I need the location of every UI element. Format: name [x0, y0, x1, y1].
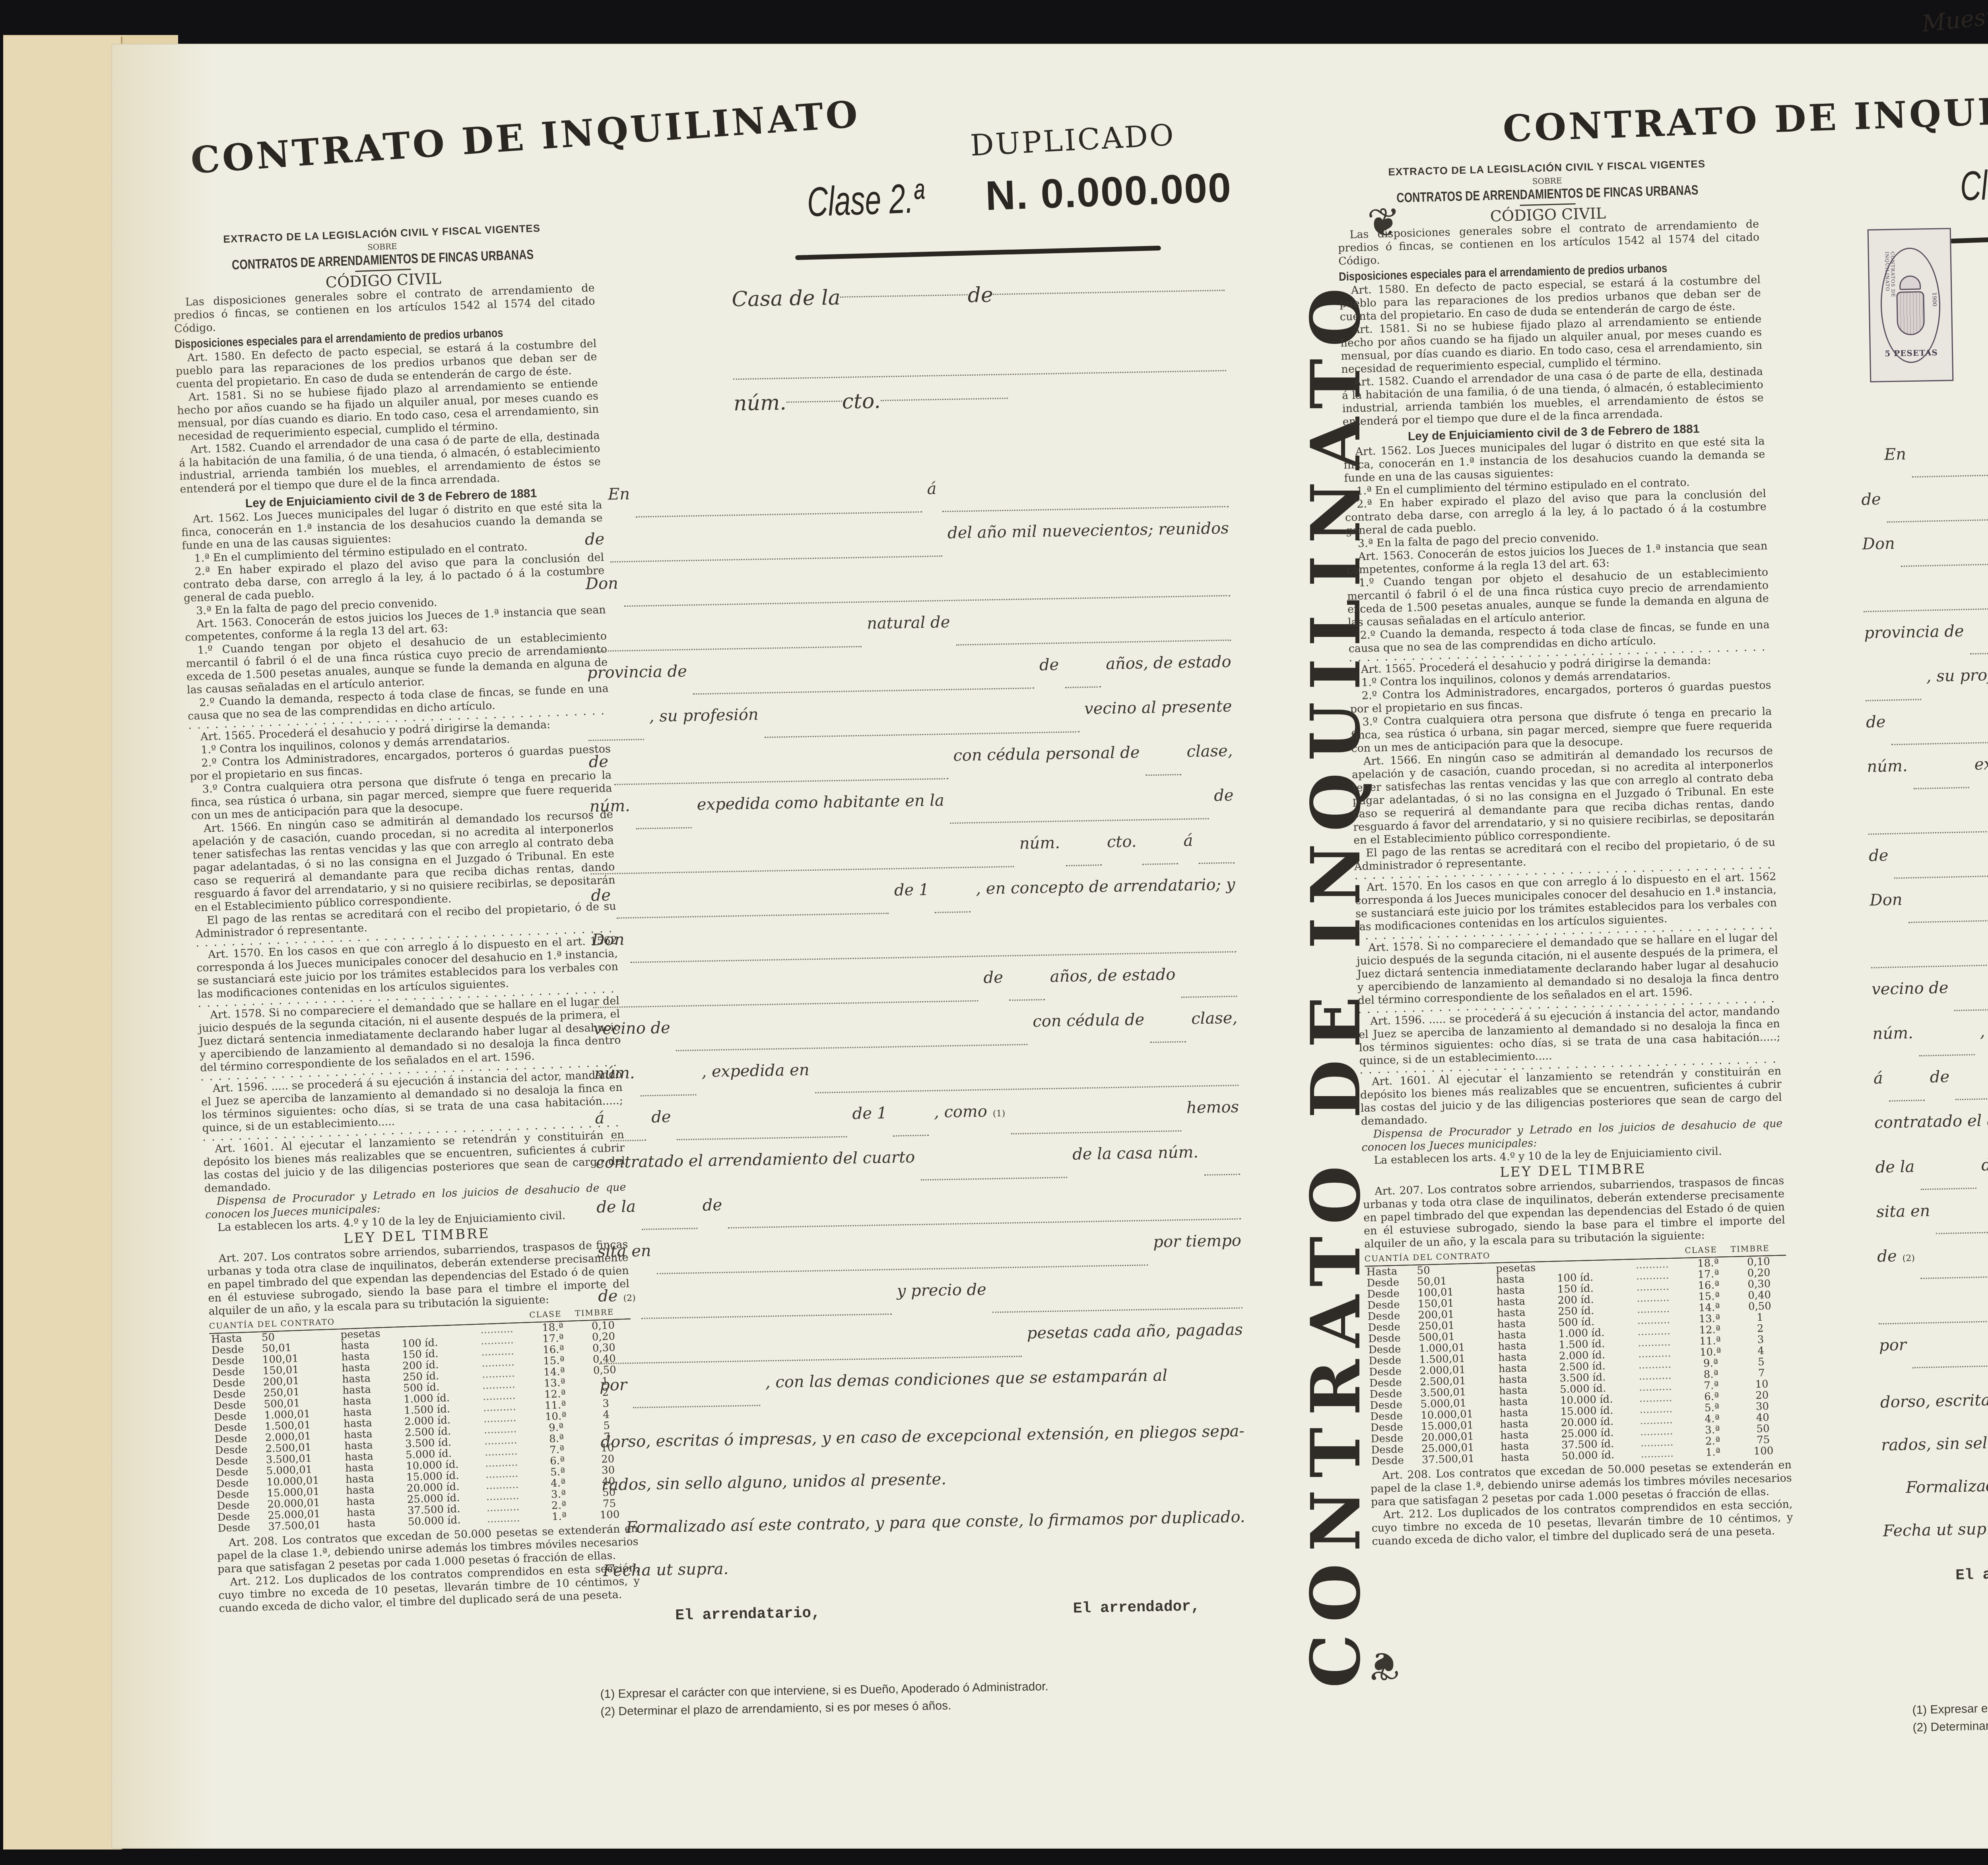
cell-clase: 10.ª — [1687, 1346, 1734, 1358]
tenant-vecino-field[interactable] — [1955, 1001, 1988, 1011]
footnotes: (1) Expresar el carácter con que intervi… — [600, 1678, 1049, 1721]
anos-estado-label: años, de estado — [1050, 965, 1175, 986]
de-label: de — [983, 968, 1003, 987]
clase-serial-original: Clase 2.ª N. 0.000.000 — [1959, 148, 1988, 210]
cell-desde: Hasta — [210, 1332, 260, 1345]
timbre-table-body: Hasta50pesetas..........18.ª0,10Desde50,… — [210, 1319, 638, 1534]
calle-tipo-field[interactable] — [1920, 1188, 1976, 1190]
cell-dots: .......... — [484, 1479, 535, 1491]
place-field[interactable] — [636, 511, 922, 518]
cell-desde: Desde — [213, 1432, 264, 1445]
cell-desde: Desde — [216, 1521, 267, 1534]
form-body: Ená dedel año mil nuevecientos; reunidos… — [1860, 431, 1988, 1586]
cell-clase: 18.ª — [530, 1321, 576, 1334]
cell-clase: 13.ª — [1687, 1313, 1733, 1325]
cell-clase: 12.ª — [532, 1388, 578, 1401]
num-label: núm. — [1019, 834, 1060, 853]
cell-dots: .......... — [480, 1367, 532, 1380]
sita-en-label: sita en — [1876, 1202, 1930, 1221]
cell-from: 37.500,01 — [1420, 1452, 1499, 1465]
cell-timbre: 40 — [1735, 1411, 1790, 1424]
tenant-name-cont-field[interactable] — [1871, 958, 1988, 968]
cell-timbre: 2 — [1733, 1322, 1788, 1335]
street-field[interactable] — [1868, 824, 1988, 835]
cell-hasta: hasta — [1495, 1295, 1556, 1308]
tenant-estado-field[interactable] — [1181, 996, 1237, 998]
cell-dots: .......... — [1635, 1303, 1687, 1315]
cell-clase: 1.ª — [1690, 1446, 1736, 1459]
a-label: á — [1873, 1069, 1883, 1087]
de-label: de — [1869, 846, 1889, 865]
place-field[interactable] — [1912, 470, 1988, 477]
de-label: de — [588, 753, 608, 771]
tenant-name-cont-field[interactable] — [593, 1000, 978, 1008]
month-field[interactable] — [1887, 514, 1988, 523]
cell-clase: 7.ª — [1688, 1380, 1734, 1392]
cell-clase: 17.ª — [530, 1332, 576, 1345]
cell-desde: Desde — [211, 1377, 262, 1390]
cell-dots: .......... — [480, 1356, 531, 1369]
precio-cont-field[interactable] — [1879, 1314, 1988, 1325]
cell-desde: Desde — [1366, 1310, 1417, 1322]
cell-dots: .......... — [485, 1512, 536, 1525]
de-label: de — [1861, 490, 1881, 509]
document-spread: CONTRATO DE INQUILINATO DUPLICADO Clase … — [111, 44, 1988, 1849]
cell-hasta: hasta — [1495, 1306, 1557, 1319]
casa-num-field[interactable] — [1204, 1174, 1240, 1176]
profesion-label: , su profesión — [649, 705, 759, 726]
cell-dots: .......... — [483, 1467, 535, 1480]
cell-hasta: hasta — [1497, 1373, 1558, 1386]
don-label: Don — [585, 574, 618, 593]
timbre-table: CUANTÍA DEL CONTRATO CLASE TIMBRE Hasta5… — [1365, 1242, 1792, 1467]
month-field[interactable] — [610, 555, 942, 563]
cell-clase: 5.ª — [535, 1466, 581, 1479]
cell-hasta: hasta — [1497, 1362, 1558, 1374]
don-label: Don — [1862, 534, 1895, 553]
title-rule — [795, 246, 1161, 260]
casa-block: Casa de la de núm. cto. — [1857, 268, 1988, 410]
cell-timbre: 0,20 — [1731, 1267, 1787, 1279]
cell-dots: .......... — [1637, 1370, 1688, 1382]
cell-clase: 2.ª — [536, 1499, 582, 1512]
cell-hasta: hasta — [1498, 1417, 1559, 1430]
date-month-field[interactable] — [617, 913, 889, 919]
cell-desde: Desde — [215, 1488, 266, 1501]
cell-desde: Desde — [1365, 1277, 1416, 1289]
sita-field[interactable] — [1936, 1222, 1988, 1234]
cell-timbre: 5 — [1734, 1356, 1789, 1368]
profesion-field[interactable] — [765, 731, 1079, 738]
a-label: á — [595, 1109, 605, 1127]
cell-clase: 3.ª — [1689, 1424, 1736, 1436]
de-label: de — [967, 283, 993, 307]
a-label: á — [927, 479, 937, 498]
casa-block: Casa de la de núm. cto. — [580, 279, 1227, 418]
cell-hasta: hasta — [1497, 1384, 1559, 1397]
cell-desde: Desde — [214, 1466, 265, 1479]
cell-timbre: 7 — [1734, 1367, 1790, 1380]
col-timbre: TIMBRE — [1730, 1242, 1786, 1257]
casa-de-la-label: Casa de la — [732, 286, 841, 312]
cell-desde: Desde — [210, 1343, 261, 1356]
num-label: núm. — [1867, 757, 1908, 776]
cedula-num-field[interactable] — [1914, 787, 1969, 789]
serial-number: N. 0.000.000 — [985, 165, 1233, 219]
date-day-field[interactable] — [1199, 862, 1235, 864]
de-label: de — [598, 1287, 618, 1306]
exp-year-field[interactable] — [893, 1135, 929, 1137]
de-label: de — [1039, 656, 1059, 674]
street-cto-field[interactable] — [1143, 863, 1178, 865]
cell-dots: .......... — [1636, 1336, 1687, 1349]
cell-timbre: 0,10 — [1731, 1255, 1786, 1268]
cell-dots: .......... — [483, 1456, 534, 1469]
plazo-field[interactable] — [1921, 1272, 1988, 1279]
cedula-label: con cédula de — [1033, 1011, 1145, 1031]
profesion-label: , su profesión — [1926, 665, 1988, 686]
num-label: núm. — [589, 797, 630, 816]
cell-dots: .......... — [1639, 1425, 1690, 1438]
cell-hasta: hasta — [1495, 1284, 1556, 1297]
caracter-field[interactable] — [1011, 1130, 1181, 1134]
arrendador-signature[interactable]: El arrendador, — [1073, 1598, 1200, 1617]
cell-hasta: hasta — [1498, 1395, 1559, 1408]
exp-month-field[interactable] — [1955, 1095, 1988, 1100]
art-1582: Art. 1582. Cuando el arrendador de una c… — [1342, 365, 1764, 429]
cell-timbre: 50 — [1735, 1423, 1791, 1435]
de-label: de — [1866, 713, 1886, 732]
age-field[interactable] — [1065, 686, 1101, 688]
cell-desde: Desde — [214, 1477, 265, 1490]
precio-field[interactable] — [992, 1307, 1242, 1313]
cell-hasta: hasta — [1495, 1273, 1556, 1286]
clase-label: clase, — [1186, 742, 1233, 761]
cell-desde: Desde — [215, 1499, 266, 1512]
a-label: á — [1183, 831, 1193, 850]
cell-clase: 5.ª — [1689, 1402, 1735, 1414]
expedida-label: expedida como habitante en la — [697, 791, 944, 814]
cell-clase: 11.ª — [1687, 1335, 1733, 1347]
cell-dots: .......... — [483, 1445, 534, 1458]
por-label: por — [600, 1376, 627, 1394]
clase-label: clase, — [1191, 1009, 1238, 1028]
anos-estado-label: años, de estado — [1106, 653, 1231, 673]
cell-desde: Desde — [211, 1388, 262, 1401]
cell-to: 50.000 íd. — [1560, 1449, 1639, 1462]
exp-day-field[interactable] — [1889, 1100, 1925, 1102]
art-207: Art. 207. Los contratos sobre arriendos,… — [206, 1238, 630, 1318]
address-field[interactable] — [733, 370, 1226, 380]
plazo-field[interactable] — [642, 1314, 892, 1319]
cell-to: 50.000 íd. — [406, 1514, 486, 1527]
cell-dots: .......... — [1635, 1314, 1687, 1326]
street-field[interactable] — [591, 866, 1014, 875]
estado-field[interactable] — [1866, 699, 1921, 701]
cuarto-field[interactable] — [921, 1177, 1067, 1180]
cell-desde: Desde — [1369, 1444, 1420, 1456]
cell-hasta: hasta — [1496, 1339, 1557, 1352]
cell-desde: Desde — [213, 1444, 264, 1456]
cell-timbre: 0,50 — [1732, 1300, 1788, 1313]
cell-clase: 7.ª — [534, 1444, 580, 1456]
cell-clase: 3.ª — [536, 1488, 582, 1501]
pago-field[interactable] — [1912, 1364, 1988, 1368]
cell-desde: Desde — [1370, 1455, 1421, 1467]
cell-clase: 6.ª — [1689, 1391, 1735, 1403]
footnote-1: (1) Expresar el carácter con que intervi… — [1912, 1691, 1988, 1719]
cell-dots: .......... — [1638, 1403, 1689, 1415]
cell-clase: 10.ª — [533, 1410, 579, 1423]
cell-timbre: 100 — [1736, 1445, 1792, 1457]
precio-cont-field[interactable] — [599, 1356, 1022, 1364]
por-tiempo-label: por tiempo — [1153, 1231, 1241, 1251]
cell-hasta: pesetas — [1494, 1261, 1555, 1275]
footnote-ref-1: (1) — [993, 1109, 1006, 1119]
natural-field[interactable] — [956, 640, 1231, 646]
tenant-cedula-clase-field[interactable] — [1150, 1041, 1186, 1043]
cell-clase: 4.ª — [535, 1477, 581, 1490]
cedula-label: con cédula personal de — [953, 743, 1140, 765]
de-label: de — [1214, 786, 1234, 805]
cell-dots: .......... — [1639, 1436, 1690, 1449]
art-207: Art. 207. Los contratos sobre arriendos,… — [1363, 1174, 1786, 1251]
num-field[interactable] — [786, 401, 842, 403]
cto-label: cto. — [842, 389, 881, 414]
precio-label: y precio de — [897, 1281, 986, 1300]
casa-line: Casa de la de — [732, 279, 1225, 312]
cell-timbre: 20 — [1734, 1389, 1790, 1402]
cell-clase: 8.ª — [1688, 1368, 1734, 1381]
cell-clase: 12.ª — [1687, 1324, 1733, 1336]
cell-desde: Desde — [214, 1455, 264, 1467]
cell-hasta: hasta — [1496, 1328, 1557, 1341]
de-1-label: de 1 — [894, 881, 929, 900]
cedula-clase-field[interactable] — [1146, 774, 1182, 776]
provincia-label: provincia de — [587, 662, 687, 682]
provincia-field[interactable] — [693, 687, 1034, 695]
cedula-num-field[interactable] — [636, 827, 692, 829]
tenant-expedida-field[interactable] — [815, 1085, 1239, 1093]
cell-dots: .......... — [1634, 1269, 1685, 1282]
estado-field[interactable] — [588, 739, 644, 741]
casa-field[interactable] — [841, 294, 968, 298]
cell-hasta: hasta — [1497, 1351, 1558, 1363]
exp-month-field[interactable] — [677, 1136, 847, 1140]
cell-clase: 13.ª — [532, 1377, 578, 1390]
cell-dots: .......... — [1634, 1258, 1685, 1271]
num-label: núm. — [1872, 1024, 1913, 1043]
cell-clase: 15.ª — [531, 1355, 577, 1367]
art-1566: Art. 1566. En ningún caso se admitirán a… — [1351, 744, 1775, 847]
street-num-field[interactable] — [1066, 864, 1102, 866]
cell-dots: .......... — [1639, 1448, 1690, 1460]
de-la-label: de la — [1875, 1157, 1915, 1176]
cell-timbre: 0,40 — [1732, 1289, 1787, 1302]
tenant-cedula-num-field[interactable] — [1919, 1054, 1975, 1056]
cell-desde: Desde — [212, 1399, 262, 1412]
tenant-name-field[interactable] — [1908, 908, 1988, 923]
cell-clase: 14.ª — [1686, 1302, 1732, 1314]
col-clase: CLASE — [529, 1308, 575, 1322]
cell-dots: .......... — [1638, 1414, 1689, 1426]
de-label: de — [585, 530, 605, 549]
cell-clase: 2.ª — [1690, 1435, 1736, 1448]
cell-desde: Desde — [210, 1355, 261, 1367]
de-label: de — [1930, 1068, 1949, 1087]
don-label: Don — [1870, 891, 1903, 910]
num-label: núm. — [594, 1064, 635, 1083]
arrendatario-signature[interactable]: El arrendatario, — [675, 1605, 821, 1624]
por-label: por — [1879, 1336, 1907, 1355]
don-label: Don — [592, 930, 625, 949]
arrendatario-signature[interactable]: El arrendatario, — [1955, 1564, 1988, 1584]
day-field[interactable] — [942, 506, 1229, 512]
lessor-name-cont-field[interactable] — [587, 646, 862, 652]
en-label: En — [608, 485, 630, 504]
cell-timbre: 30 — [1735, 1400, 1790, 1413]
col-clase: CLASE — [1685, 1244, 1731, 1258]
cell-dots: .......... — [1636, 1325, 1687, 1337]
page-title-original: CONTRATO DE INQUILINATO — [1502, 84, 1988, 150]
cell-clase: 14.ª — [531, 1366, 577, 1378]
timbre-table: CUANTÍA DEL CONTRATO CLASE TIMBRE Hasta5… — [209, 1306, 637, 1534]
cell-timbre: 3 — [1733, 1333, 1788, 1346]
casa-num-label: de la casa núm. — [1072, 1143, 1199, 1164]
habitante-field[interactable] — [950, 818, 1209, 824]
date-year-field[interactable] — [935, 911, 971, 913]
de-label: de — [1981, 1156, 1988, 1174]
cell-desde: Desde — [1367, 1355, 1418, 1367]
en-label: En — [1884, 445, 1906, 464]
cell-hasta: hasta — [1499, 1440, 1560, 1452]
legal-extract-original: EXTRACTO DE LA LEGISLACIÓN CIVIL Y FISCA… — [1336, 156, 1794, 1548]
de-label: de — [1877, 1247, 1897, 1265]
date-month-field[interactable] — [1895, 871, 1988, 879]
cell-clase: 1.ª — [536, 1510, 582, 1523]
cell-timbre: 4 — [1733, 1345, 1789, 1357]
exp-day-field[interactable] — [610, 1139, 646, 1141]
de-la-label: de la — [596, 1197, 636, 1217]
cell-clase: 16.ª — [530, 1343, 577, 1356]
cto-label: cto. — [1107, 833, 1137, 851]
duplicado-label: DUPLICADO — [969, 118, 1176, 163]
cell-desde: Hasta — [1365, 1265, 1415, 1278]
clase-label: Clase 2.ª — [806, 175, 925, 226]
provincia-field[interactable] — [1970, 645, 1988, 654]
cell-hasta: hasta — [1499, 1428, 1560, 1441]
address-line — [733, 339, 1227, 392]
casa-de-field[interactable] — [993, 290, 1225, 295]
cell-clase: 15.ª — [1686, 1291, 1732, 1303]
legal-extract: EXTRACTO DE LA LEGISLACIÓN CIVIL Y FISCA… — [171, 220, 641, 1615]
cell-desde: Desde — [1369, 1432, 1420, 1445]
cell-dots: .......... — [1637, 1347, 1688, 1360]
contract-form-duplicado: Casa de la de núm. cto. Ená dedel año mi… — [580, 279, 1248, 1626]
cell-hasta: hasta — [1496, 1317, 1557, 1330]
cell-dots: .......... — [482, 1423, 533, 1436]
como-label: , como — [934, 1102, 988, 1121]
tenant-name-field[interactable] — [630, 951, 1236, 963]
cell-desde: Desde — [1365, 1288, 1416, 1300]
cell-desde: Desde — [1369, 1421, 1420, 1434]
vecindad-field[interactable] — [1892, 736, 1988, 745]
lessor-name-field[interactable] — [1901, 552, 1988, 567]
cto-field[interactable] — [881, 398, 1008, 401]
vecino-label: vecino al presente — [1084, 697, 1232, 718]
cell-clase: 8.ª — [534, 1432, 580, 1445]
tenant-vecino-field[interactable] — [676, 1044, 1028, 1051]
cell-dots: .......... — [482, 1412, 533, 1424]
aged-underlying-sheet — [3, 37, 122, 1849]
cell-hasta: hasta — [346, 1516, 407, 1529]
de-label: de — [651, 1108, 671, 1126]
cell-dots: .......... — [1635, 1292, 1686, 1304]
lessor-name-field[interactable] — [624, 595, 1230, 607]
cell-clase: 17.ª — [1685, 1268, 1732, 1281]
cell-hasta: hasta — [1498, 1406, 1559, 1419]
calle-tipo-field[interactable] — [642, 1228, 697, 1230]
footnotes-original: (1) Expresar el carácter con que intervi… — [1912, 1691, 1988, 1737]
de-label: de — [591, 886, 611, 905]
cell-clase: 4.ª — [1689, 1413, 1735, 1425]
cell-timbre: 1 — [1732, 1311, 1788, 1324]
cell-clase: 9.ª — [1688, 1357, 1734, 1370]
cell-dots: .......... — [481, 1378, 532, 1391]
cell-desde: Desde — [1368, 1377, 1419, 1389]
cell-clase: 16.ª — [1686, 1279, 1732, 1292]
calle-field[interactable] — [728, 1218, 1241, 1228]
tenant-age-field[interactable] — [1009, 999, 1045, 1001]
lessor-name-cont-field[interactable] — [1864, 605, 1988, 612]
tenant-cedula-num-field[interactable] — [641, 1094, 697, 1096]
art-1566: Art. 1566. En ningún caso se admitirán a… — [192, 808, 616, 914]
cell-clase: 6.ª — [534, 1455, 580, 1467]
num-label: núm. — [734, 391, 787, 415]
cell-desde: Desde — [215, 1510, 266, 1523]
cell-desde: Desde — [1367, 1366, 1418, 1378]
pesetas-label: pesetas cada año, pagadas — [1027, 1320, 1243, 1342]
expedida-en-label: , expedida en — [1980, 1020, 1988, 1041]
cell-timbre: 75 — [1736, 1434, 1791, 1446]
clase-label: Clase 2.ª — [1959, 159, 1988, 210]
cell-desde: Desde — [212, 1421, 263, 1434]
signature-row: El arrendatario, El arrendador, — [1884, 1554, 1988, 1586]
page-title: CONTRATO DE INQUILINATO — [189, 92, 861, 182]
cell-dots: .......... — [1635, 1281, 1686, 1293]
cell-dots: .......... — [482, 1434, 534, 1447]
cell-desde: Desde — [1369, 1410, 1419, 1423]
cell-dots: .......... — [479, 1322, 530, 1335]
de-1-label: de 1 — [852, 1104, 887, 1123]
hemos-label: hemos — [1186, 1098, 1239, 1117]
cell-dots: .......... — [484, 1490, 536, 1502]
cell-dots: .......... — [1637, 1381, 1689, 1393]
cell-desde: Desde — [1367, 1343, 1418, 1356]
cell-dots: .......... — [481, 1390, 532, 1402]
sita-field[interactable] — [657, 1264, 1148, 1274]
cell-dots: .......... — [485, 1501, 536, 1514]
vecindad-field[interactable] — [614, 778, 948, 785]
cell-desde: Desde — [1368, 1399, 1419, 1411]
cell-desde: Desde — [212, 1410, 263, 1423]
cell-desde: Desde — [1366, 1299, 1417, 1311]
provincia-label: provincia de — [1864, 622, 1964, 642]
footnote-ref-2: (2) — [623, 1293, 636, 1304]
pago-field[interactable] — [633, 1405, 760, 1409]
cell-desde: Desde — [1368, 1388, 1419, 1400]
natural-de-label: natural de — [867, 613, 950, 633]
